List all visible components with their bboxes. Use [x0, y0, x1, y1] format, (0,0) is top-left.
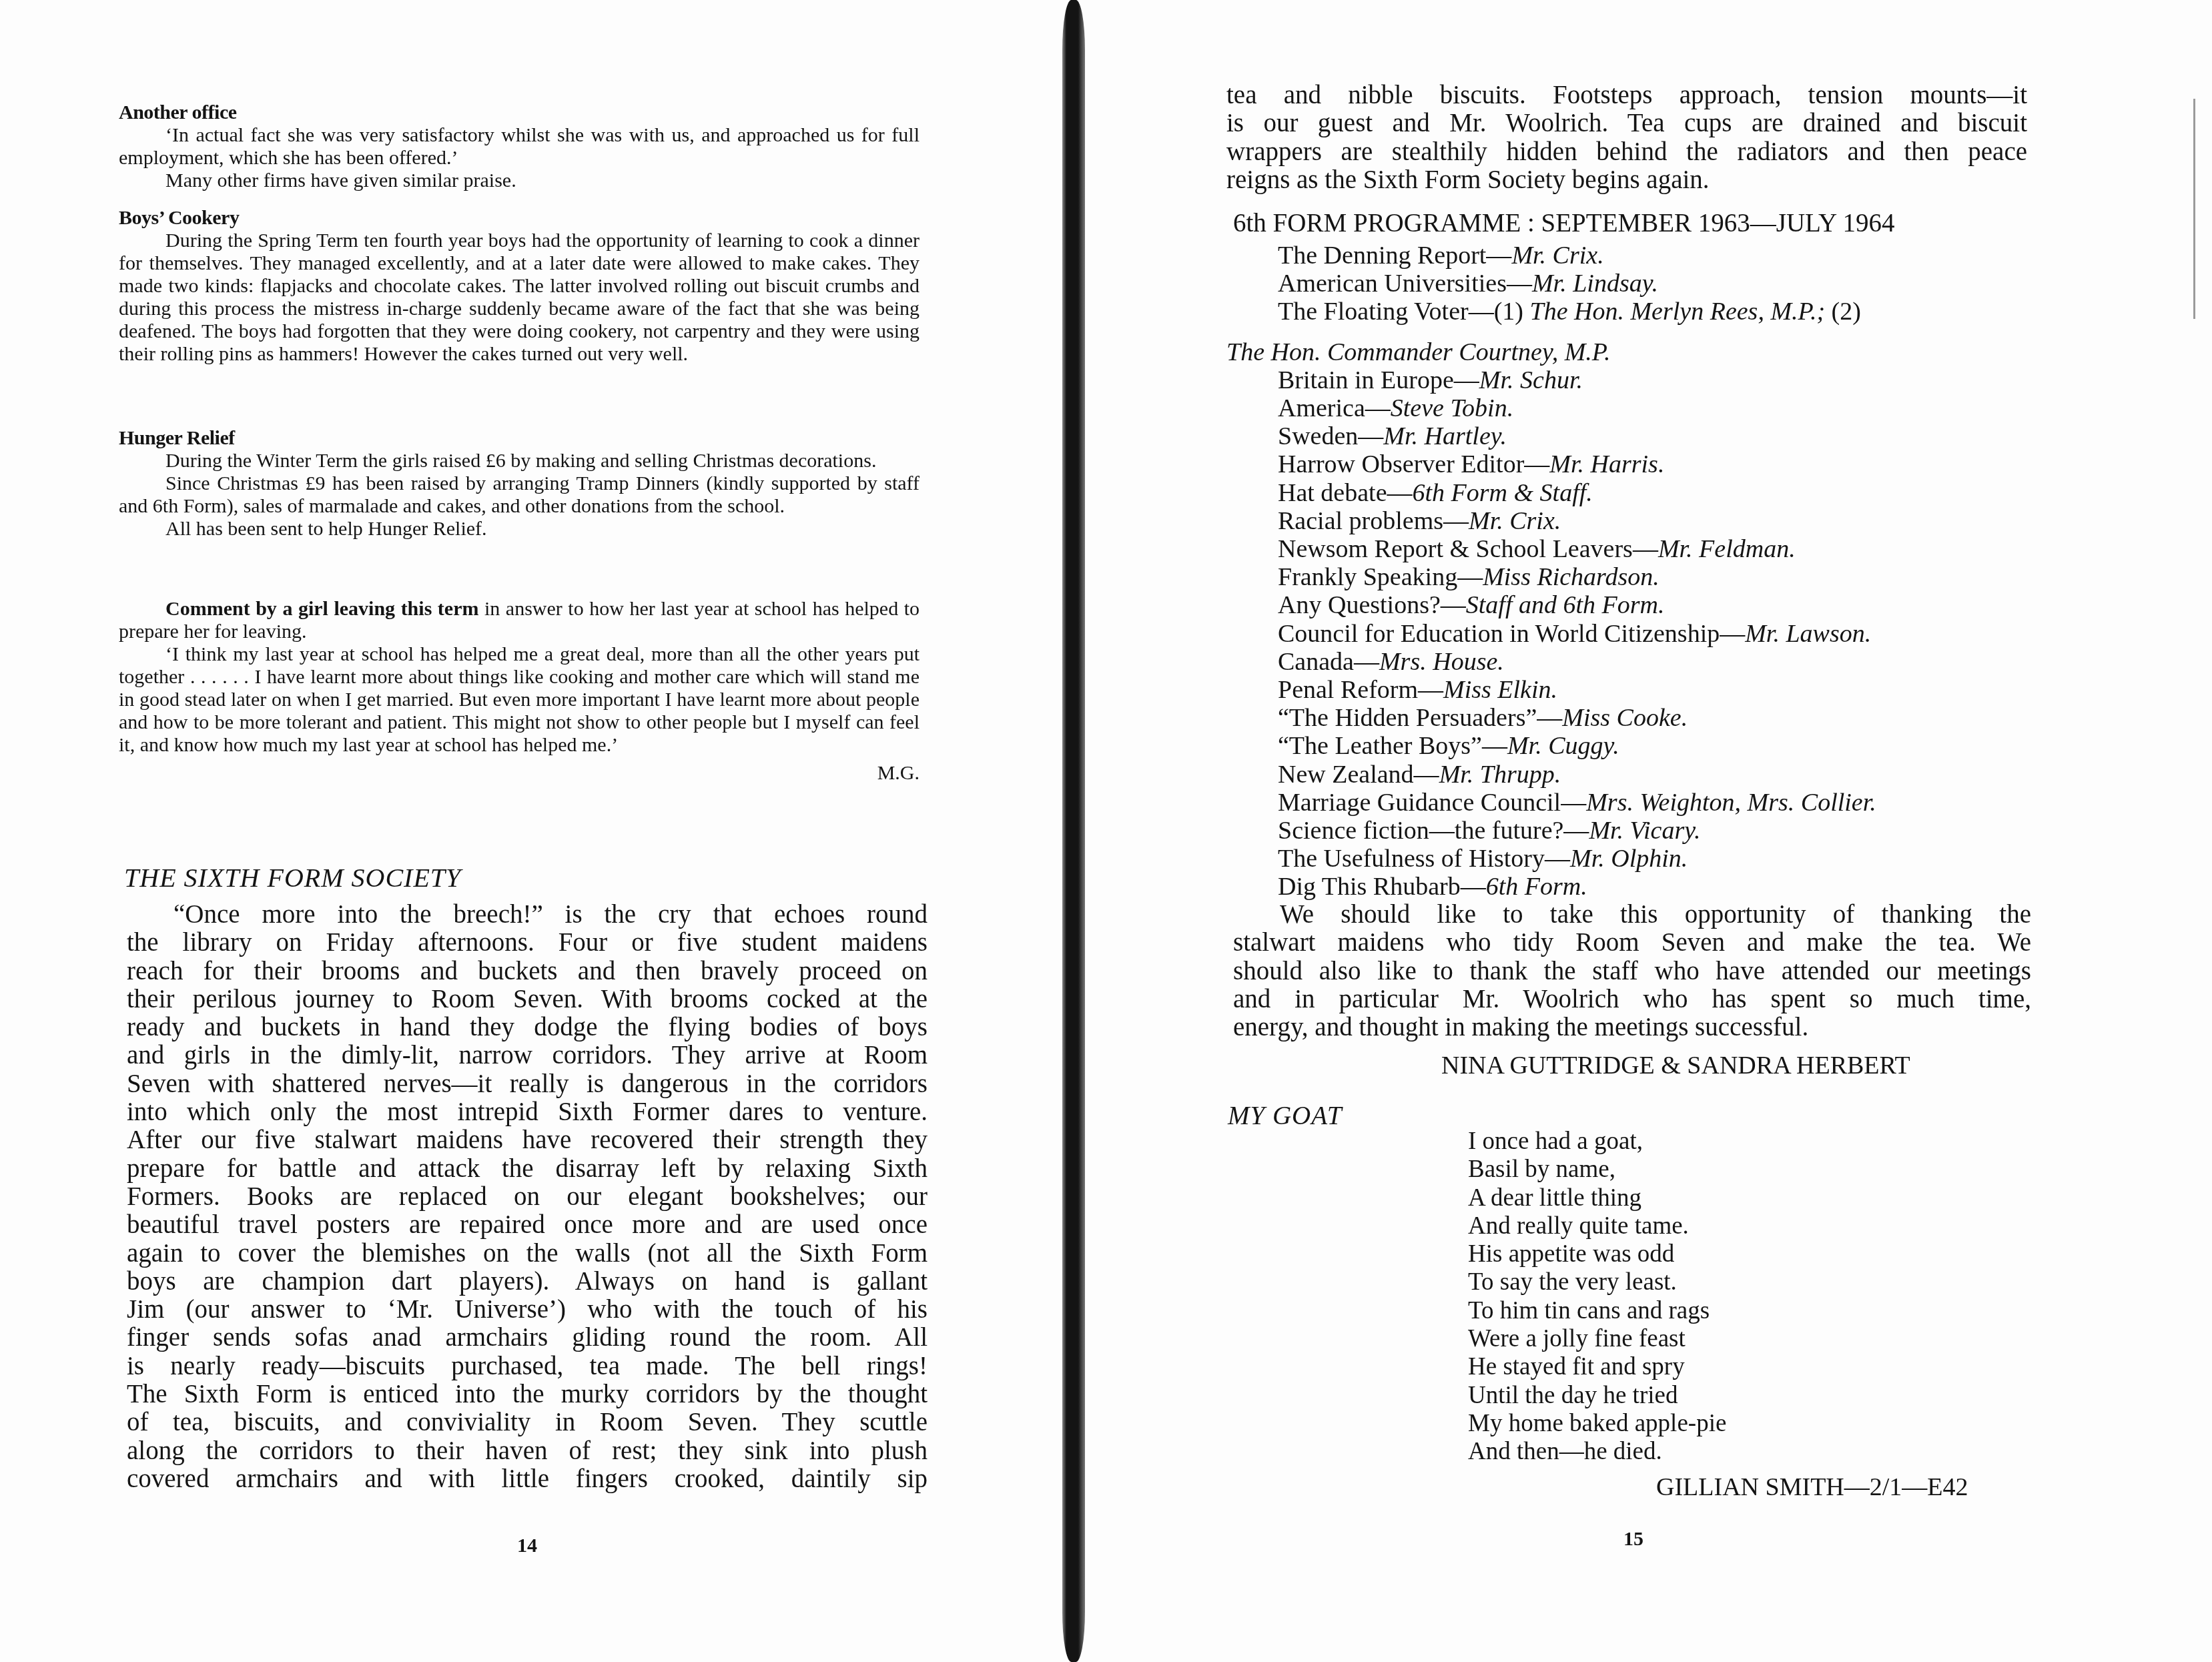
programme-speaker: Miss Elkin.: [1443, 676, 1557, 704]
text-line: reach for their brooms and buckets and t…: [127, 957, 928, 985]
programme-topic: Canada—: [1278, 648, 1379, 676]
text-line: again to cover the blemishes on the wall…: [127, 1240, 928, 1268]
programme-item: Dig This Rhubarb—6th Form.: [1278, 873, 1876, 901]
poem-line: I once had a goat,: [1468, 1128, 1726, 1156]
programme-item: Newsom Report & School Leavers—Mr. Feldm…: [1278, 535, 1876, 563]
section-another-office: Another office ‘In actual fact she was v…: [119, 101, 919, 192]
programme-speaker: Mr. Thrupp.: [1439, 761, 1561, 789]
poem-author: GILLIAN SMITH—2/1—E42: [1656, 1473, 1968, 1502]
section-heading: Boys’ Cookery: [119, 207, 919, 230]
programme-speaker: Mr. Cuggy.: [1507, 732, 1619, 760]
article-continuation: tea and nibble biscuits. Footsteps appro…: [1226, 81, 2027, 194]
poem-line: To him tin cans and rags: [1468, 1297, 1726, 1325]
text-line: the library on Friday afternoons. Four o…: [127, 929, 928, 957]
text-line: finger sends sofas anad armchairs glidin…: [127, 1324, 928, 1352]
text-line: of tea, biscuits, and conviviality in Ro…: [127, 1408, 928, 1436]
poem-line: And then—he died.: [1468, 1438, 1726, 1466]
programme-topic: Dig This Rhubarb—: [1278, 873, 1486, 901]
programme-topic: Frankly Speaking—: [1278, 563, 1483, 591]
programme-speaker: Mr. Feldman.: [1658, 535, 1796, 563]
programme-item: “The Leather Boys”—Mr. Cuggy.: [1278, 732, 1876, 760]
section-heading: Hunger Relief: [119, 427, 919, 450]
programme-topic: Harrow Observer Editor—: [1278, 450, 1549, 478]
programme-item: Science fiction—the future?—Mr. Vicary.: [1278, 817, 1876, 845]
text-line: We should like to take this opportunity …: [1233, 901, 2031, 929]
programme-title: 6th FORM PROGRAMME : SEPTEMBER 1963—JULY…: [1233, 208, 1894, 238]
programme-speaker: Staff and 6th Form.: [1466, 591, 1665, 619]
programme-item: Frankly Speaking—Miss Richardson.: [1278, 563, 1876, 591]
comment-intro: Comment by a girl leaving this term in a…: [119, 598, 919, 643]
programme-topic: Council for Education in World Citizensh…: [1278, 620, 1745, 648]
text-line: After our five stalwart maidens have rec…: [127, 1126, 928, 1154]
programme-item: The Floating Voter—(1) The Hon. Merlyn R…: [1278, 298, 1876, 326]
programme-item: The Hon. Commander Courtney, M.P.: [1226, 338, 1876, 366]
poem-body: I once had a goat,Basil by name,A dear l…: [1468, 1128, 1726, 1467]
programme-topic: “The Hidden Persuaders”—: [1278, 704, 1562, 732]
page-number: 15: [1623, 1528, 1643, 1551]
programme-topic: Penal Reform—: [1278, 676, 1443, 704]
article-body: “Once more into the breech!” is the cry …: [127, 901, 928, 1493]
poem-line: A dear little thing: [1468, 1184, 1726, 1212]
text-line: reigns as the Sixth Form Society begins …: [1226, 166, 2027, 194]
text-line: tea and nibble biscuits. Footsteps appro…: [1226, 81, 2027, 109]
programme-item: The Usefulness of History—Mr. Olphin.: [1278, 845, 1876, 873]
text-line: prepare for battle and attack the disarr…: [127, 1155, 928, 1183]
programme-speaker: Steve Tobin.: [1391, 394, 1513, 422]
text-line: “Once more into the breech!” is the cry …: [127, 901, 928, 929]
programme-speaker: Mrs. House.: [1379, 648, 1504, 676]
programme-tail: (2): [1825, 298, 1861, 326]
page-number: 14: [517, 1535, 537, 1557]
text-line: beautiful travel posters are repaired on…: [127, 1211, 928, 1239]
programme-speaker: Mr. Lawson.: [1745, 620, 1871, 648]
programme-speaker: The Hon. Merlyn Rees, M.P.;: [1530, 298, 1826, 326]
section-boys-cookery: Boys’ Cookery During the Spring Term ten…: [119, 207, 919, 366]
text-line: covered armchairs and with little finger…: [127, 1465, 928, 1493]
programme-topic: The Usefulness of History—: [1278, 845, 1570, 873]
text-line: should also like to thank the staff who …: [1233, 957, 2031, 985]
programme-item: The Denning Report—Mr. Crix.: [1278, 242, 1876, 270]
programme-item: “The Hidden Persuaders”—Miss Cooke.: [1278, 704, 1876, 732]
programme-topic: Any Questions?—: [1278, 591, 1466, 619]
poem-line: And really quite tame.: [1468, 1212, 1726, 1240]
text-line: is our guest and Mr. Woolrich. Tea cups …: [1226, 109, 2027, 137]
programme-topic: American Universities—: [1278, 270, 1532, 298]
text-line: is nearly ready—biscuits purchased, tea …: [127, 1352, 928, 1380]
programme-speaker: Miss Cooke.: [1562, 704, 1688, 732]
comment-lead: Comment by a girl leaving this term: [165, 598, 478, 620]
programme-speaker: Mr. Hartley.: [1383, 422, 1507, 450]
programme-speaker: Mr. Schur.: [1479, 366, 1583, 394]
programme-item: Sweden—Mr. Hartley.: [1278, 422, 1876, 450]
thanks-paragraph: We should like to take this opportunity …: [1233, 901, 2031, 1042]
programme-speaker: 6th Form.: [1486, 873, 1587, 901]
page-edge: [2193, 99, 2195, 319]
programme-topic: Britain in Europe—: [1278, 366, 1479, 394]
society-signature: NINA GUTTRIDGE & SANDRA HERBERT: [1441, 1051, 1910, 1080]
programme-speaker: 6th Form & Staff.: [1413, 479, 1593, 507]
text-line: and in particular Mr. Woolrich who has s…: [1233, 985, 2031, 1013]
text-line: ready and buckets in hand they dodge the…: [127, 1013, 928, 1042]
section-heading: Another office: [119, 101, 919, 124]
programme-item: Penal Reform—Miss Elkin.: [1278, 676, 1876, 704]
poem-line: My home baked apple-pie: [1468, 1410, 1726, 1438]
programme-item: Canada—Mrs. House.: [1278, 648, 1876, 676]
poem-line: To say the very least.: [1468, 1268, 1726, 1296]
text-line: The Sixth Form is enticed into the murky…: [127, 1380, 928, 1408]
programme-topic: Sweden—: [1278, 422, 1383, 450]
programme-item: Council for Education in World Citizensh…: [1278, 620, 1876, 648]
programme-topic: Racial problems—: [1278, 507, 1469, 535]
programme-item: Harrow Observer Editor—Mr. Harris.: [1278, 450, 1876, 478]
text-line: wrappers are stealthily hidden behind th…: [1226, 138, 2027, 166]
programme-topic: Marriage Guidance Council—: [1278, 789, 1586, 817]
text-line: energy, and thought in making the meetin…: [1233, 1013, 2031, 1042]
paragraph: Since Christmas £9 has been raised by ar…: [119, 472, 919, 518]
programme-item: America—Steve Tobin.: [1278, 394, 1876, 422]
poem-line: Were a jolly fine feast: [1468, 1325, 1726, 1353]
programme-topic: “The Leather Boys”—: [1278, 732, 1507, 760]
comment-signature: M.G.: [119, 762, 919, 785]
poem-line: He stayed fit and spry: [1468, 1353, 1726, 1381]
programme-topic: New Zealand—: [1278, 761, 1439, 789]
text-line: Seven with shattered nerves—it really is…: [127, 1070, 928, 1098]
programme-item: American Universities—Mr. Lindsay.: [1278, 270, 1876, 298]
book-spine: [1062, 0, 1085, 1662]
paragraph: During the Winter Term the girls raised …: [119, 450, 919, 472]
programme-topic: The Floating Voter—(1): [1278, 298, 1530, 326]
programme-speaker: Mr. Harris.: [1549, 450, 1664, 478]
programme-speaker: Mr. Olphin.: [1570, 845, 1688, 873]
left-page: Another office ‘In actual fact she was v…: [0, 0, 1068, 1662]
programme-speaker: Mr. Crix.: [1511, 242, 1603, 270]
programme-speaker: Mrs. Weighton, Mrs. Collier.: [1586, 789, 1876, 817]
programme-topic: The Denning Report—: [1278, 242, 1511, 270]
comment-quote: ‘I think my last year at school has help…: [119, 643, 919, 757]
programme-item: Racial problems—Mr. Crix.: [1278, 507, 1876, 535]
text-line: Formers. Books are replaced on our elega…: [127, 1183, 928, 1211]
programme-item: New Zealand—Mr. Thrupp.: [1278, 761, 1876, 789]
poem-line: Until the day he tried: [1468, 1382, 1726, 1410]
section-comment: Comment by a girl leaving this term in a…: [119, 598, 919, 785]
text-line: boys are champion dart players). Always …: [127, 1268, 928, 1296]
section-hunger-relief: Hunger Relief During the Winter Term the…: [119, 427, 919, 540]
poem-line: His appetite was odd: [1468, 1240, 1726, 1268]
text-line: and girls in the dimly-lit, narrow corri…: [127, 1042, 928, 1070]
poem-line: Basil by name,: [1468, 1156, 1726, 1184]
paragraph: ‘In actual fact she was very satisfactor…: [119, 124, 919, 169]
programme-item: Marriage Guidance Council—Mrs. Weighton,…: [1278, 789, 1876, 817]
text-line: their perilous journey to Room Seven. Wi…: [127, 985, 928, 1013]
text-line: Jim (our answer to ‘Mr. Universe’) who w…: [127, 1296, 928, 1324]
programme-topic: Science fiction—the future?—: [1278, 817, 1589, 845]
programme-item: Britain in Europe—Mr. Schur.: [1278, 366, 1876, 394]
paragraph: During the Spring Term ten fourth year b…: [119, 230, 919, 366]
article-title: THE SIXTH FORM SOCIETY: [124, 862, 461, 893]
text-line: along the corridors to their haven of re…: [127, 1437, 928, 1465]
programme-speaker: Mr. Lindsay.: [1532, 270, 1658, 298]
programme-speaker: Mr. Vicary.: [1589, 817, 1700, 845]
programme-speaker: Miss Richardson.: [1483, 563, 1660, 591]
paragraph: All has been sent to help Hunger Relief.: [119, 518, 919, 540]
paragraph: Many other firms have given similar prai…: [119, 169, 919, 192]
programme-list: The Denning Report—Mr. Crix.American Uni…: [1278, 242, 1876, 901]
programme-speaker: Mr. Crix.: [1469, 507, 1561, 535]
programme-topic: Newsom Report & School Leavers—: [1278, 535, 1658, 563]
text-line: into which only the most intrepid Sixth …: [127, 1098, 928, 1126]
programme-item: Any Questions?—Staff and 6th Form.: [1278, 591, 1876, 619]
programme-speaker: The Hon. Commander Courtney, M.P.: [1226, 338, 1611, 366]
programme-topic: Hat debate—: [1278, 479, 1413, 507]
text-line: stalwart maidens who tidy Room Seven and…: [1233, 929, 2031, 957]
poem-title: MY GOAT: [1228, 1101, 1342, 1131]
programme-item: Hat debate—6th Form & Staff.: [1278, 479, 1876, 507]
programme-topic: America—: [1278, 394, 1391, 422]
